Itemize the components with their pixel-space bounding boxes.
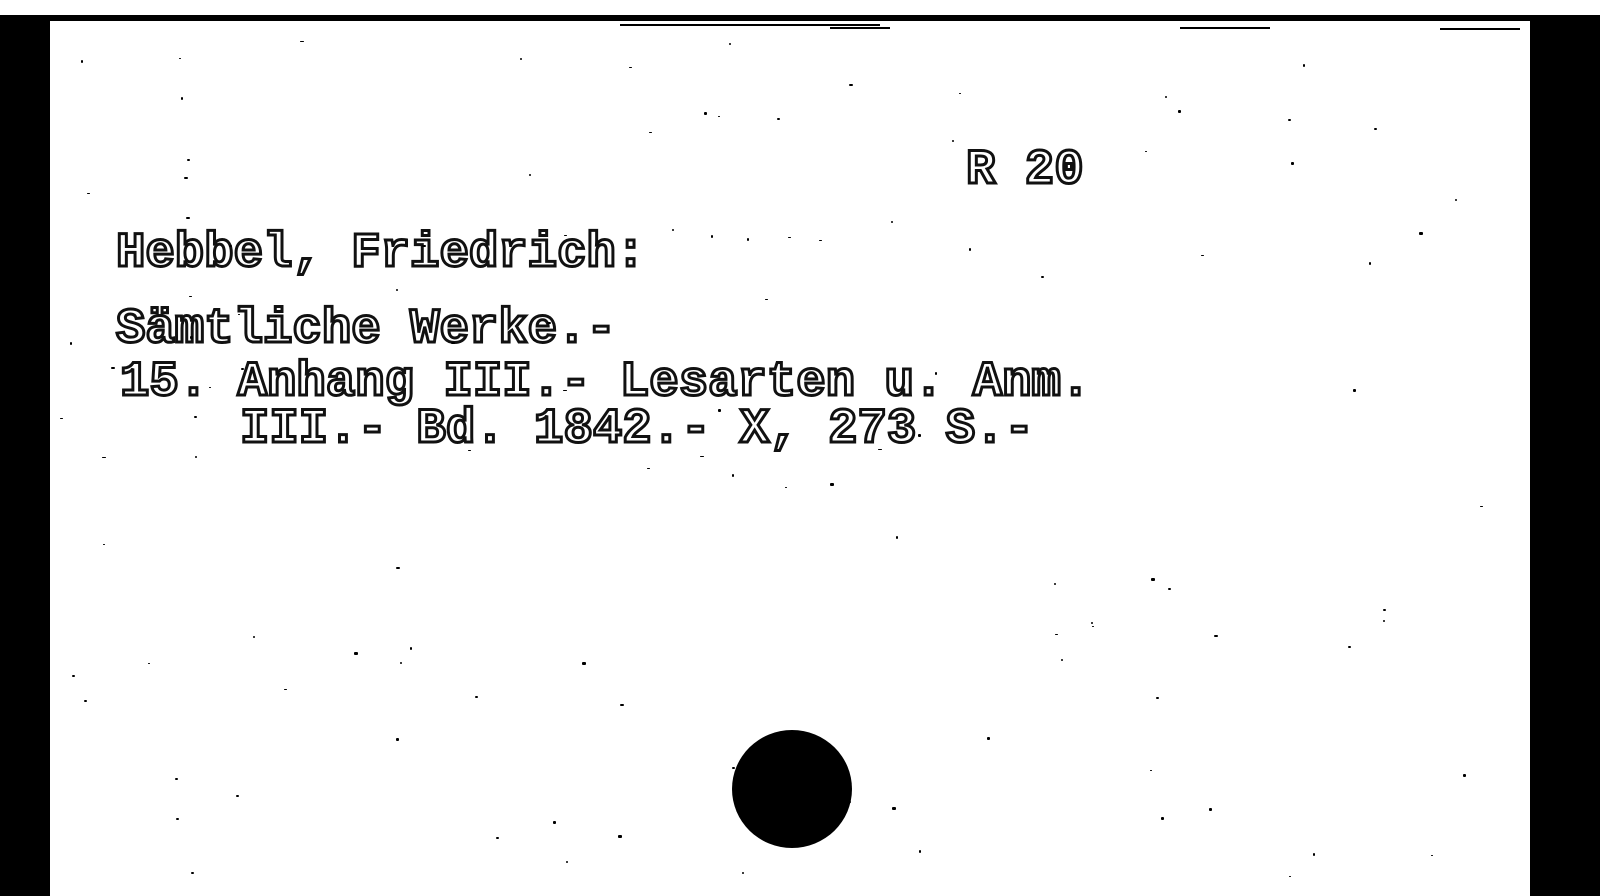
speck	[935, 372, 937, 375]
speck	[194, 416, 197, 418]
imprint-line: III.- Bd. 1842.- X, 273 S.-	[240, 405, 1034, 454]
speck	[582, 662, 586, 665]
speck	[191, 872, 194, 874]
speck	[175, 778, 178, 780]
title-line: Sämtliche Werke.-	[116, 305, 616, 354]
speck	[111, 367, 115, 369]
speck	[1419, 232, 1423, 235]
call-number: R 20	[966, 146, 1084, 195]
card-edge-streak	[620, 24, 880, 26]
speck	[186, 217, 190, 219]
card-top-edge	[50, 15, 1530, 21]
speck	[1288, 119, 1291, 121]
speck	[718, 409, 721, 412]
speck	[187, 159, 190, 161]
speck	[238, 314, 240, 315]
card-edge-streak	[1440, 28, 1520, 30]
speck	[1151, 578, 1155, 581]
speck	[564, 235, 567, 236]
speck	[229, 245, 232, 247]
author-line: Hebbel, Friedrich:	[116, 229, 645, 278]
speck	[253, 636, 255, 638]
speck	[1048, 182, 1051, 183]
speck	[520, 58, 522, 60]
speck	[209, 387, 211, 388]
speck	[195, 456, 197, 458]
speck	[1214, 635, 1218, 637]
speck	[81, 60, 83, 63]
card-edge-streak	[830, 27, 890, 29]
speck	[620, 704, 624, 706]
speck	[987, 737, 990, 740]
speck	[959, 93, 961, 94]
speck	[451, 342, 455, 344]
speck	[1369, 262, 1371, 265]
speck	[849, 84, 853, 86]
speck	[1041, 276, 1044, 278]
speck	[1201, 255, 1204, 256]
speck	[1055, 634, 1058, 635]
speck	[1303, 64, 1305, 67]
speck	[236, 795, 239, 797]
card-edge-streak	[1180, 27, 1270, 29]
speck	[649, 132, 652, 133]
volume-line: 15. Anhang III.- Lesarten u. Anm.	[120, 358, 1090, 407]
speck	[354, 652, 358, 655]
speck	[422, 245, 426, 247]
speck	[618, 835, 622, 838]
speck	[184, 177, 188, 179]
speck	[1161, 817, 1164, 820]
speck	[918, 434, 921, 437]
speck	[547, 322, 551, 324]
speck	[400, 662, 402, 664]
scan-top-margin	[0, 0, 1600, 15]
speck	[396, 738, 399, 741]
speck	[711, 235, 713, 238]
speck	[241, 368, 244, 370]
speck	[1150, 770, 1152, 771]
speck	[732, 474, 734, 477]
speck	[718, 116, 720, 117]
speck	[1431, 855, 1433, 856]
speck	[830, 483, 834, 486]
speck	[742, 872, 744, 874]
punch-hole	[732, 730, 852, 848]
speck	[1289, 876, 1291, 877]
speck	[300, 41, 304, 42]
speck	[529, 174, 531, 176]
speck	[396, 289, 398, 291]
speck	[1145, 151, 1147, 152]
